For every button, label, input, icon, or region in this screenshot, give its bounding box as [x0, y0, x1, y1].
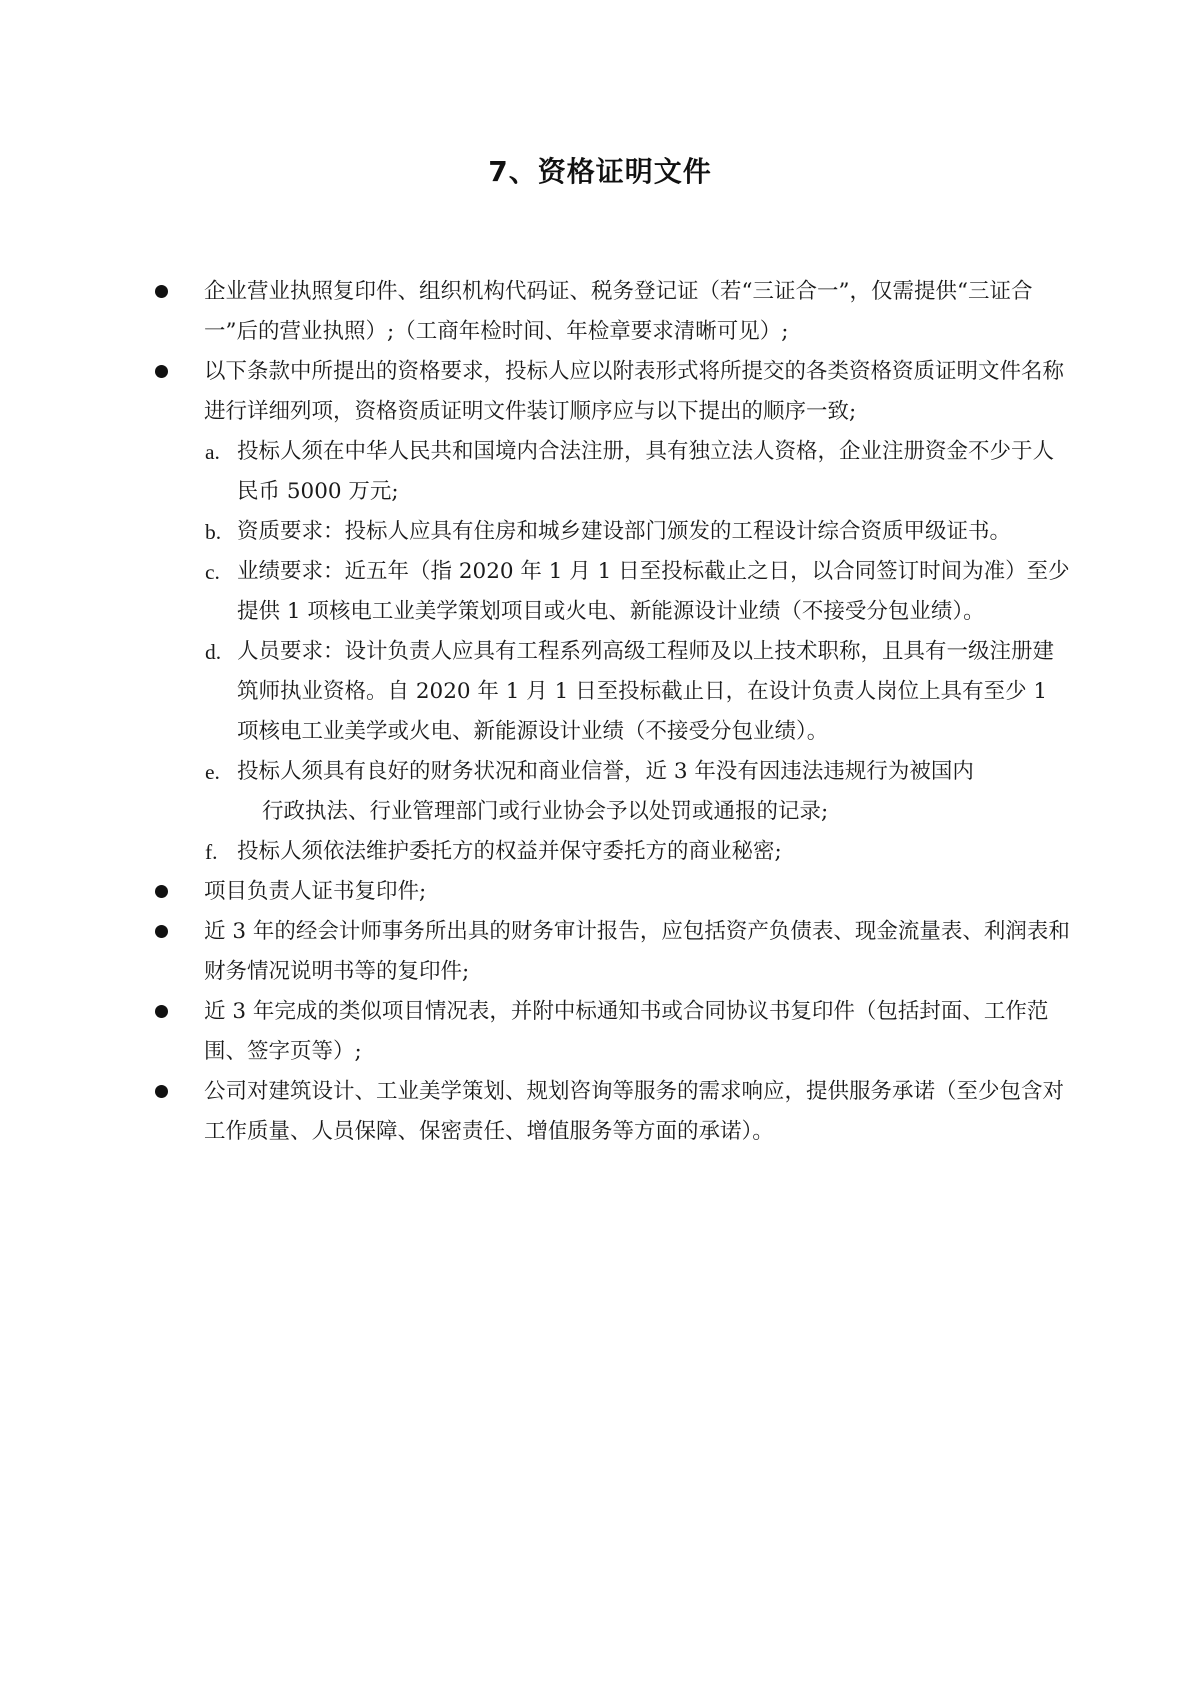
bullet-icon	[155, 925, 168, 938]
sub-item-c: c. 业绩要求：近五年（指 2020 年 1 月 1 日至投标截止之日，以合同签…	[155, 552, 1070, 632]
list-item-text: 近 3 年完成的类似项目情况表，并附中标通知书或合同协议书复印件（包括封面、工作…	[204, 992, 1070, 1072]
sub-item-text-line1: 投标人须具有良好的财务状况和商业信誉，近 3 年没有因违法违规行为被国内	[237, 752, 1070, 792]
sub-item-text-line2: 行政执法、行业管理部门或行业协会予以处罚或通报的记录;	[237, 792, 1070, 832]
sub-item-label: d.	[205, 632, 221, 672]
sub-item-f: f. 投标人须依法维护委托方的权益并保守委托方的商业秘密;	[155, 832, 1070, 872]
sub-item-e: e. 投标人须具有良好的财务状况和商业信誉，近 3 年没有因违法违规行为被国内 …	[155, 752, 1070, 832]
document-body: 企业营业执照复印件、组织机构代码证、税务登记证（若“三证合一”，仅需提供“三证合…	[155, 272, 1070, 1152]
sub-item-text: 投标人须依法维护委托方的权益并保守委托方的商业秘密;	[237, 839, 782, 864]
sub-item-text: 业绩要求：近五年（指 2020 年 1 月 1 日至投标截止之日，以合同签订时间…	[237, 559, 1070, 624]
sub-item-a: a. 投标人须在中华人民共和国境内合法注册，具有独立法人资格，企业注册资金不少于…	[155, 432, 1070, 512]
list-item-text: 公司对建筑设计、工业美学策划、规划咨询等服务的需求响应，提供服务承诺（至少包含对…	[204, 1072, 1070, 1152]
sub-item-label: a.	[205, 432, 220, 472]
list-item-similar-projects: 近 3 年完成的类似项目情况表，并附中标通知书或合同协议书复印件（包括封面、工作…	[155, 992, 1070, 1072]
list-item-text: 近 3 年的经会计师事务所出具的财务审计报告，应包括资产负债表、现金流量表、利润…	[204, 912, 1070, 992]
sub-item-d: d. 人员要求：设计负责人应具有工程系列高级工程师及以上技术职称，且具有一级注册…	[155, 632, 1070, 752]
list-item-service-commitment: 公司对建筑设计、工业美学策划、规划咨询等服务的需求响应，提供服务承诺（至少包含对…	[155, 1072, 1070, 1152]
sub-item-text: 资质要求：投标人应具有住房和城乡建设部门颁发的工程设计综合资质甲级证书。	[237, 519, 1011, 544]
list-item-text: 项目负责人证书复印件;	[204, 872, 1070, 912]
list-item-business-license: 企业营业执照复印件、组织机构代码证、税务登记证（若“三证合一”，仅需提供“三证合…	[155, 272, 1070, 352]
bullet-icon	[155, 885, 168, 898]
sub-item-b: b. 资质要求：投标人应具有住房和城乡建设部门颁发的工程设计综合资质甲级证书。	[155, 512, 1070, 552]
list-item-text: 以下条款中所提出的资格要求，投标人应以附表形式将所提交的各类资格资质证明文件名称…	[204, 352, 1070, 432]
document-page: 7、资格证明文件 企业营业执照复印件、组织机构代码证、税务登记证（若“三证合一”…	[0, 0, 1200, 1697]
bullet-icon	[155, 285, 168, 298]
list-item-project-manager-certificate: 项目负责人证书复印件;	[155, 872, 1070, 912]
sub-item-text: 人员要求：设计负责人应具有工程系列高级工程师及以上技术职称，且具有一级注册建筑师…	[237, 639, 1054, 744]
sub-item-label: e.	[205, 752, 220, 792]
sub-item-label: b.	[205, 512, 221, 552]
bullet-icon	[155, 1005, 168, 1018]
sub-item-label: f.	[205, 832, 218, 872]
sub-item-text: 投标人须在中华人民共和国境内合法注册，具有独立法人资格，企业注册资金不少于人民币…	[237, 439, 1054, 504]
bullet-icon	[155, 1085, 168, 1098]
list-item-audit-report: 近 3 年的经会计师事务所出具的财务审计报告，应包括资产负债表、现金流量表、利润…	[155, 912, 1070, 992]
section-title: 7、资格证明文件	[0, 150, 1200, 190]
list-item-qualification-requirements: 以下条款中所提出的资格要求，投标人应以附表形式将所提交的各类资格资质证明文件名称…	[155, 352, 1070, 432]
bullet-icon	[155, 365, 168, 378]
list-item-text: 企业营业执照复印件、组织机构代码证、税务登记证（若“三证合一”，仅需提供“三证合…	[204, 272, 1070, 352]
sub-item-label: c.	[205, 552, 220, 592]
